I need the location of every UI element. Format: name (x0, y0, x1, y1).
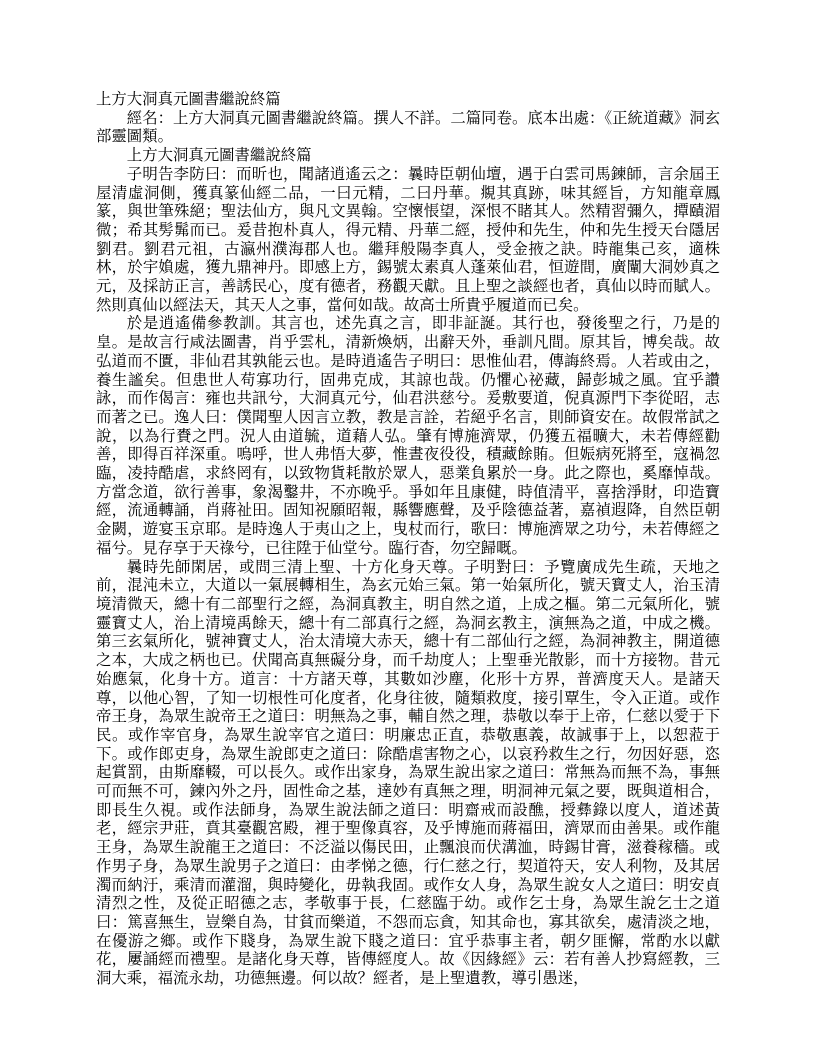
body-paragraph-2: 於是逍遙備參教訓。其言也，述先真之言，即非証誕。其行也，發後聖之行，乃是的皇。是… (96, 315, 720, 558)
body-paragraph-3: 曩時先師閑居，或問三清上聖、十方化身天尊。子明對曰：予覽廣成先生疏，天地之前，混… (96, 559, 720, 989)
body-paragraph-1: 子明告李防曰：而昕也，聞諸逍遙云之：曩時臣朝仙壇，遇于白雲司馬鍊師，言余屆王屋清… (96, 166, 720, 316)
colophon-paragraph: 經名：上方大洞真元圖書繼說終篇。撰人不詳。二篇同卷。底本出處：《正統道藏》洞玄部… (96, 110, 720, 147)
document-page: 上方大洞真元圖書繼說終篇 經名：上方大洞真元圖書繼說終篇。撰人不詳。二篇同卷。底… (0, 0, 816, 1056)
document-title: 上方大洞真元圖書繼說終篇 (96, 91, 720, 110)
section-title: 上方大洞真元圖書繼說終篇 (96, 147, 720, 166)
document-text-body: 上方大洞真元圖書繼說終篇 經名：上方大洞真元圖書繼說終篇。撰人不詳。二篇同卷。底… (96, 91, 720, 989)
